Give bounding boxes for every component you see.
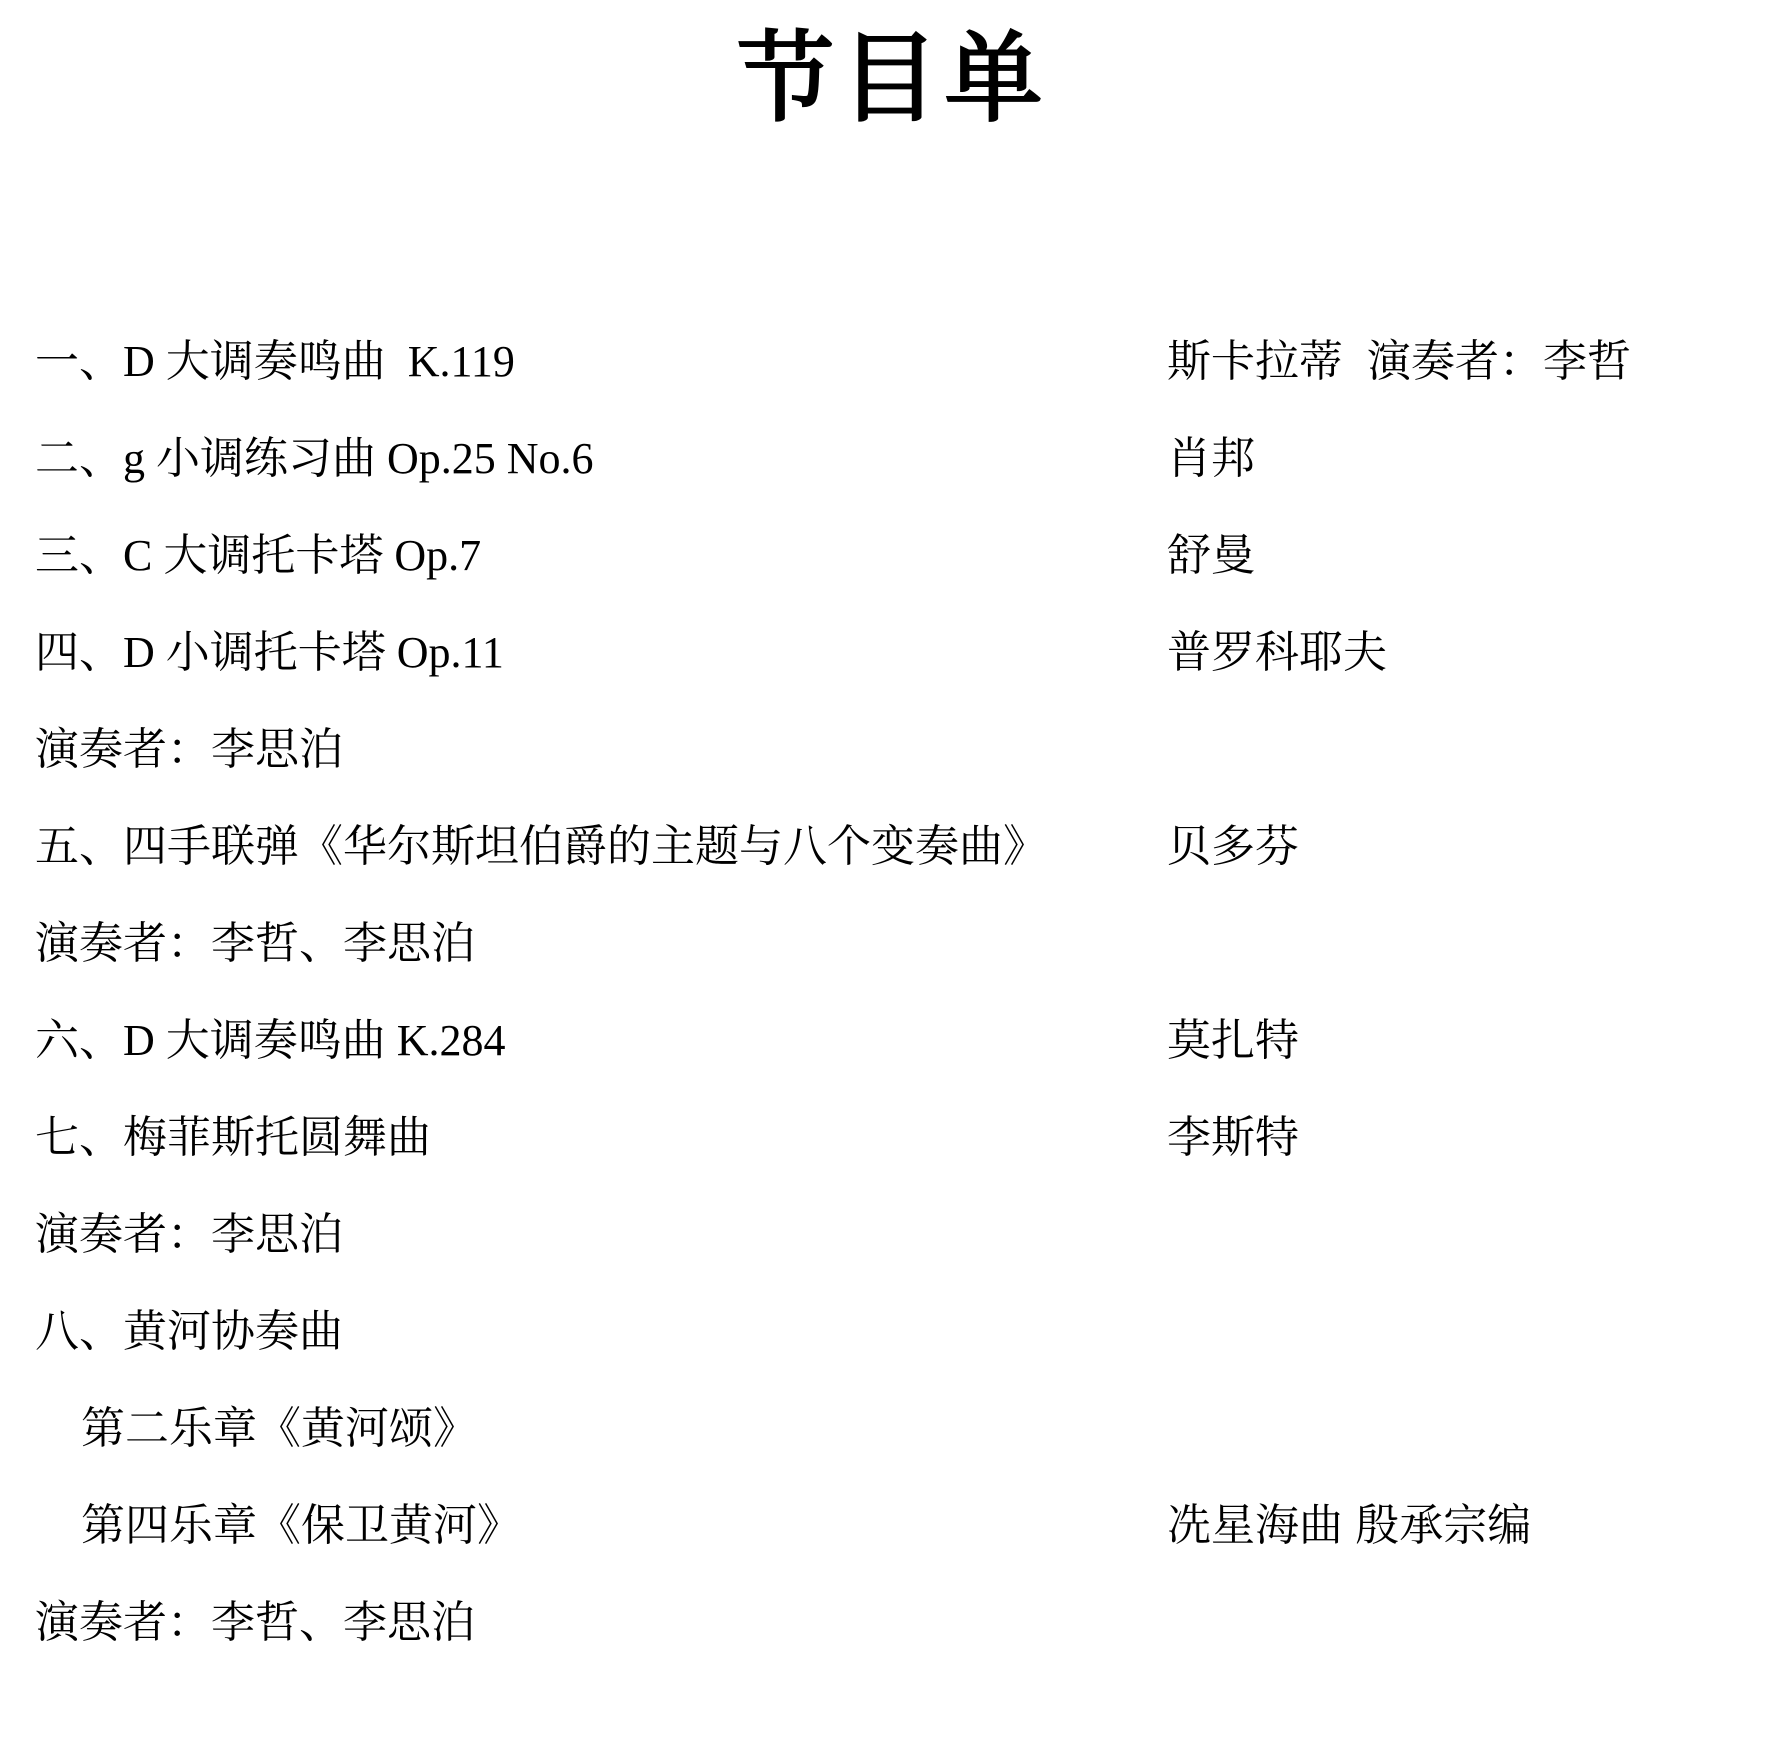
program-row: 演奏者：李哲、李思泊 bbox=[35, 1569, 1750, 1666]
composer-name: 肖邦 bbox=[1167, 422, 1255, 486]
piece-title: 六、D 大调奏鸣曲 K.284 bbox=[35, 1004, 506, 1068]
page-title: 节目单 bbox=[0, 20, 1785, 138]
piece-title: 二、g 小调练习曲 Op.25 No.6 bbox=[35, 422, 594, 486]
composer-name: 贝多芬 bbox=[1167, 810, 1299, 874]
performer-credit: 演奏者：李哲、李思泊 bbox=[35, 907, 475, 971]
program-row: 一、D 大调奏鸣曲 K.119 斯卡拉蒂 演奏者：李哲 bbox=[35, 308, 1750, 405]
piece-title: 三、C 大调托卡塔 Op.7 bbox=[35, 519, 481, 583]
composer-name: 冼星海曲 殷承宗编 bbox=[1167, 1489, 1531, 1553]
piece-title: 八、黄河协奏曲 bbox=[35, 1295, 343, 1359]
piece-title: 一、D 大调奏鸣曲 K.119 bbox=[35, 325, 515, 389]
program-row: 六、D 大调奏鸣曲 K.284 莫扎特 bbox=[35, 987, 1750, 1084]
program-row: 七、梅菲斯托圆舞曲 李斯特 bbox=[35, 1084, 1750, 1181]
composer-name: 李斯特 bbox=[1167, 1101, 1299, 1165]
composer-name: 普罗科耶夫 bbox=[1167, 616, 1387, 680]
performer-credit: 演奏者：李思泊 bbox=[35, 713, 343, 777]
program-row: 五、四手联弹《华尔斯坦伯爵的主题与八个变奏曲》 贝多芬 bbox=[35, 793, 1750, 890]
performer-credit: 演奏者：李思泊 bbox=[35, 1198, 343, 1262]
piece-title: 五、四手联弹《华尔斯坦伯爵的主题与八个变奏曲》 bbox=[35, 810, 1047, 874]
program-row: 演奏者：李思泊 bbox=[35, 1181, 1750, 1278]
program-row: 演奏者：李思泊 bbox=[35, 696, 1750, 793]
program-row: 八、黄河协奏曲 bbox=[35, 1278, 1750, 1375]
program-row: 三、C 大调托卡塔 Op.7 舒曼 bbox=[35, 502, 1750, 599]
piece-title: 四、D 小调托卡塔 Op.11 bbox=[35, 616, 504, 680]
movement-title: 第四乐章《保卫黄河》 bbox=[35, 1489, 521, 1553]
program-list: 一、D 大调奏鸣曲 K.119 斯卡拉蒂 演奏者：李哲 二、g 小调练习曲 Op… bbox=[35, 308, 1750, 1666]
program-row: 四、D 小调托卡塔 Op.11 普罗科耶夫 bbox=[35, 599, 1750, 696]
program-row: 第四乐章《保卫黄河》 冼星海曲 殷承宗编 bbox=[35, 1472, 1750, 1569]
program-row: 二、g 小调练习曲 Op.25 No.6 肖邦 bbox=[35, 405, 1750, 502]
piece-title: 七、梅菲斯托圆舞曲 bbox=[35, 1101, 431, 1165]
program-row: 第二乐章《黄河颂》 bbox=[35, 1375, 1750, 1472]
performer-name: 演奏者：李哲 bbox=[1367, 325, 1631, 389]
document-page: 节目单 一、D 大调奏鸣曲 K.119 斯卡拉蒂 演奏者：李哲 二、g 小调练习… bbox=[0, 0, 1785, 1762]
composer-name: 莫扎特 bbox=[1167, 1004, 1299, 1068]
movement-title: 第二乐章《黄河颂》 bbox=[35, 1392, 477, 1456]
program-row: 演奏者：李哲、李思泊 bbox=[35, 890, 1750, 987]
performer-credit: 演奏者：李哲、李思泊 bbox=[35, 1586, 475, 1650]
composer-name: 舒曼 bbox=[1167, 519, 1255, 583]
composer-name: 斯卡拉蒂 bbox=[1167, 325, 1343, 389]
